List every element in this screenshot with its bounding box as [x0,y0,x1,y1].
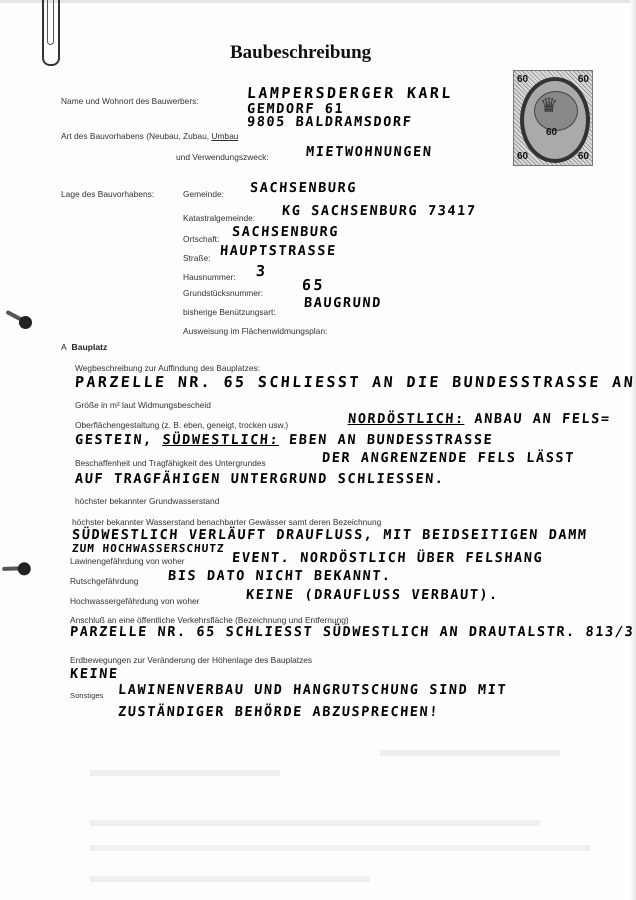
cadastral-label: Katastralgemeinde: [183,213,255,223]
binder-hook-icon [4,314,32,332]
cadastral-value[interactable]: KG SACHSENBURG 73417 [281,203,477,219]
ground-value-line1[interactable]: DER ANGRENZENDE FELS LÄSST [321,450,575,466]
zoning-label: Ausweisung im Flächenwidmungsplan: [183,326,327,336]
bleed-through-mark [90,876,370,882]
avalanche-value[interactable]: EVENT. NORDÖSTLICH ÜBER FELSHANG [231,550,543,566]
construction-type-selected[interactable]: Umbau [211,131,238,141]
surface-value-line1[interactable]: NORDÖSTLICH: ANBAU AN FELS= [347,411,611,427]
flood-label: Hochwassergefährdung von woher [70,596,199,606]
bleed-through-mark [90,820,540,826]
route-value[interactable]: PARZELLE NR. 65 SCHLIESST AN DIE BUNDESS… [74,373,636,391]
landslide-value[interactable]: BIS DATO NICHT BEKANNT. [167,568,392,584]
previous-use-value[interactable]: BAUGRUND [303,295,382,311]
construction-type-options: Art des Bauvorhabens (Neubau, Zubau, [61,131,211,141]
stamp-value: 60 [517,74,528,85]
size-label: Größe in m² laut Widmungsbescheid [75,400,211,410]
stamp-value: 60 [517,151,528,162]
parcel-number-value[interactable]: 65 [301,276,325,294]
surface-value-southwest: SÜDWESTLICH: [162,432,280,448]
purpose-value[interactable]: MIETWOHNUNGEN [305,144,433,160]
stamp-value: 60 [578,151,589,162]
landslide-label: Rutschgefährdung [70,576,138,586]
page-edge [630,0,636,900]
purpose-label: und Verwendungszweck: [176,152,269,162]
section-letter: A [61,342,67,352]
route-label: Wegbeschreibung zur Auffindung des Baupl… [75,363,260,373]
avalanche-label: Lawinengefährdung von woher [70,556,185,566]
paperclip-icon [47,0,54,45]
parcel-number-label: Grundstücksnummer: [183,288,263,298]
water-level-value-line1[interactable]: SÜDWESTLICH VERLÄUFT DRAUFLUSS, MIT BEID… [71,527,588,543]
house-number-value[interactable]: 3 [255,262,268,280]
location-heading: Lage des Bauvorhabens: [61,189,154,199]
groundwater-label: höchster bekannter Grundwasserstand [75,496,219,506]
applicant-name-value[interactable]: LAMPERSDERGER KARL [246,84,453,102]
surface-value-southwest-text: EBEN AN BUNDESSTRASSE [279,432,494,448]
bleed-through-mark [90,770,280,776]
section-heading: A Bauplatz [61,342,107,352]
municipality-value[interactable]: SACHSENBURG [249,180,357,196]
flood-value[interactable]: KEINE (DRAUFLUSS VERBAUT). [245,587,499,603]
page-edge [0,0,636,3]
locality-value[interactable]: SACHSENBURG [231,224,339,240]
street-value[interactable]: HAUPTSTRASSE [219,243,337,259]
other-value-line2[interactable]: ZUSTÄNDIGER BEHÖRDE ABZUSPRECHEN! [117,704,439,720]
ground-label: Beschaffenheit und Tragfähigkeit des Unt… [75,458,266,468]
previous-use-label: bisherige Benützungsart: [183,307,276,317]
applicant-address-line2[interactable]: 9805 BALDRAMSDORF [246,114,412,130]
water-level-value-line2[interactable]: ZUM HOCHWASSERSCHUTZ [72,542,225,555]
house-number-label: Hausnummer: [183,272,236,282]
surface-value-rock: GESTEIN, [74,432,163,448]
other-label: Sonstiges [70,691,103,700]
street-label: Straße: [183,253,210,263]
stamp-value: 60 [546,127,557,138]
surface-value-northeast-text: ANBAU AN FELS= [464,411,611,427]
surface-label: Oberflächengestaltung (z. B. eben, genei… [75,420,288,430]
page-title: Baubeschreibung [230,42,371,64]
binder-hook-icon [1,558,34,588]
access-value[interactable]: PARZELLE NR. 65 SCHLIESST SÜDWESTLICH AN… [69,624,636,640]
section-title: Bauplatz [72,342,108,352]
surface-value-northeast: NORDÖSTLICH: [347,411,465,427]
earthworks-label: Erdbewegungen zur Veränderung der Höhenl… [70,655,312,665]
water-level-label: höchster bekannter Wasserstand benachbar… [72,517,381,527]
construction-type-label: Art des Bauvorhabens (Neubau, Zubau, Umb… [61,131,238,141]
earthworks-value[interactable]: KEINE [69,666,119,682]
document-page: Baubeschreibung ♛ 60 60 60 60 60 Name un… [0,0,636,900]
municipality-label: Gemeinde: [183,189,224,199]
surface-value-line2[interactable]: GESTEIN, SÜDWESTLICH: EBEN AN BUNDESSTRA… [74,432,493,448]
applicant-name-label: Name und Wohnort des Bauwerbers: [61,96,199,106]
locality-label: Ortschaft: [183,234,219,244]
other-value-line1[interactable]: LAWINENVERBAU UND HANGRUTSCHUNG SIND MIT [117,682,507,698]
eagle-emblem-icon: ♛ [540,93,558,118]
revenue-stamp: ♛ 60 60 60 60 60 [513,70,593,166]
stamp-value: 60 [578,74,589,85]
ground-value-line2[interactable]: AUF TRAGFÄHIGEN UNTERGRUND SCHLIESSEN. [74,471,445,487]
bleed-through-mark [90,845,590,851]
bleed-through-mark [380,750,560,756]
